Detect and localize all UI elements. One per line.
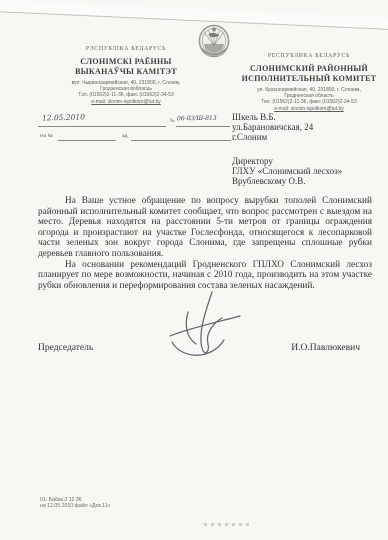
reply-number-blank-line (58, 140, 116, 141)
country-name-by: РЭСПУБЛІКА БЕЛАРУСЬ (28, 46, 224, 52)
handwritten-date: 12.05.2010 (42, 112, 85, 122)
org-name-ru-line1: СЛОНИМСКИЙ РАЙОННЫЙ (234, 64, 384, 74)
org-name-by-line1: СЛОНІМСКІ РАЁННЫ (28, 57, 224, 67)
reply-from-label: ад (122, 134, 127, 139)
official-title: Директору (232, 156, 342, 166)
org-name-by-line2: ВЫКАНАЎЧЫ КАМІТЭТ (28, 67, 224, 77)
date-blank-line (38, 126, 166, 127)
signer-position: Председатель (38, 343, 93, 353)
belarus-coat-of-arms-icon (198, 24, 230, 58)
letterhead-left: РЭСПУБЛІКА БЕЛАРУСЬ СЛОНІМСКІ РАЁННЫ ВЫК… (28, 46, 224, 105)
official-name: Врублевскому О.В. (232, 176, 342, 186)
scan-artifact (204, 523, 250, 526)
number-sign: № (170, 119, 175, 124)
address-block-ru: ул. Красноармейская, 40, 231800, г. Слон… (234, 87, 384, 112)
number-blank-line (176, 126, 230, 127)
signer-name: И.О.Павлюкевич (291, 343, 360, 353)
reply-date-blank-line (131, 140, 231, 141)
letter-body: На Ваше устное обращение по вопросу выру… (38, 196, 372, 291)
org-name-ru-line2: ИСПОЛНИТЕЛЬНЫЙ КОМИТЕТ (234, 74, 384, 84)
handwritten-outgoing-number: 06-03/Ш-813 (177, 115, 217, 123)
recipient-gap (232, 142, 342, 156)
file-reference-line: на 12.05.2010 файл «Док.11» (40, 503, 110, 509)
citizen-street: ул.Барановичская, 24 (232, 122, 342, 132)
letterhead-right: РЕСПУБЛИКА БЕЛАРУСЬ СЛОНИМСКИЙ РАЙОННЫЙ … (234, 53, 384, 112)
citizen-name: Шкель В.Б. (232, 112, 342, 122)
country-name-ru: РЕСПУБЛИКА БЕЛАРУСЬ (234, 53, 384, 59)
citizen-city: г.Слоним (232, 132, 342, 142)
reply-to-label: На № (40, 134, 53, 139)
address-block-by: вул. Чырвонаармейская, 40, 231800, г. Сл… (28, 80, 224, 105)
official-org: ГЛХУ «Слонимский лесхоз» (232, 166, 342, 176)
email-by: e-mail: slonim-ispolkom@tut.by (28, 99, 224, 105)
executor-footer: 01. Бабак 2 12 36 на 12.05.2010 файл «До… (40, 497, 110, 510)
recipient-block: Шкель В.Б. ул.Барановичская, 24 г.Слоним… (232, 112, 342, 186)
signature-row: Председатель И.О.Павлюкевич (38, 343, 360, 353)
body-paragraph-2: На основании рекомендаций Гродненского Г… (38, 260, 372, 292)
email-ru: e-mail: slonim-ispolkom@tut.by (234, 106, 384, 112)
scanned-letter-page: РЭСПУБЛІКА БЕЛАРУСЬ СЛОНІМСКІ РАЁННЫ ВЫК… (0, 0, 388, 540)
body-paragraph-1: На Ваше устное обращение по вопросу выру… (38, 196, 372, 260)
